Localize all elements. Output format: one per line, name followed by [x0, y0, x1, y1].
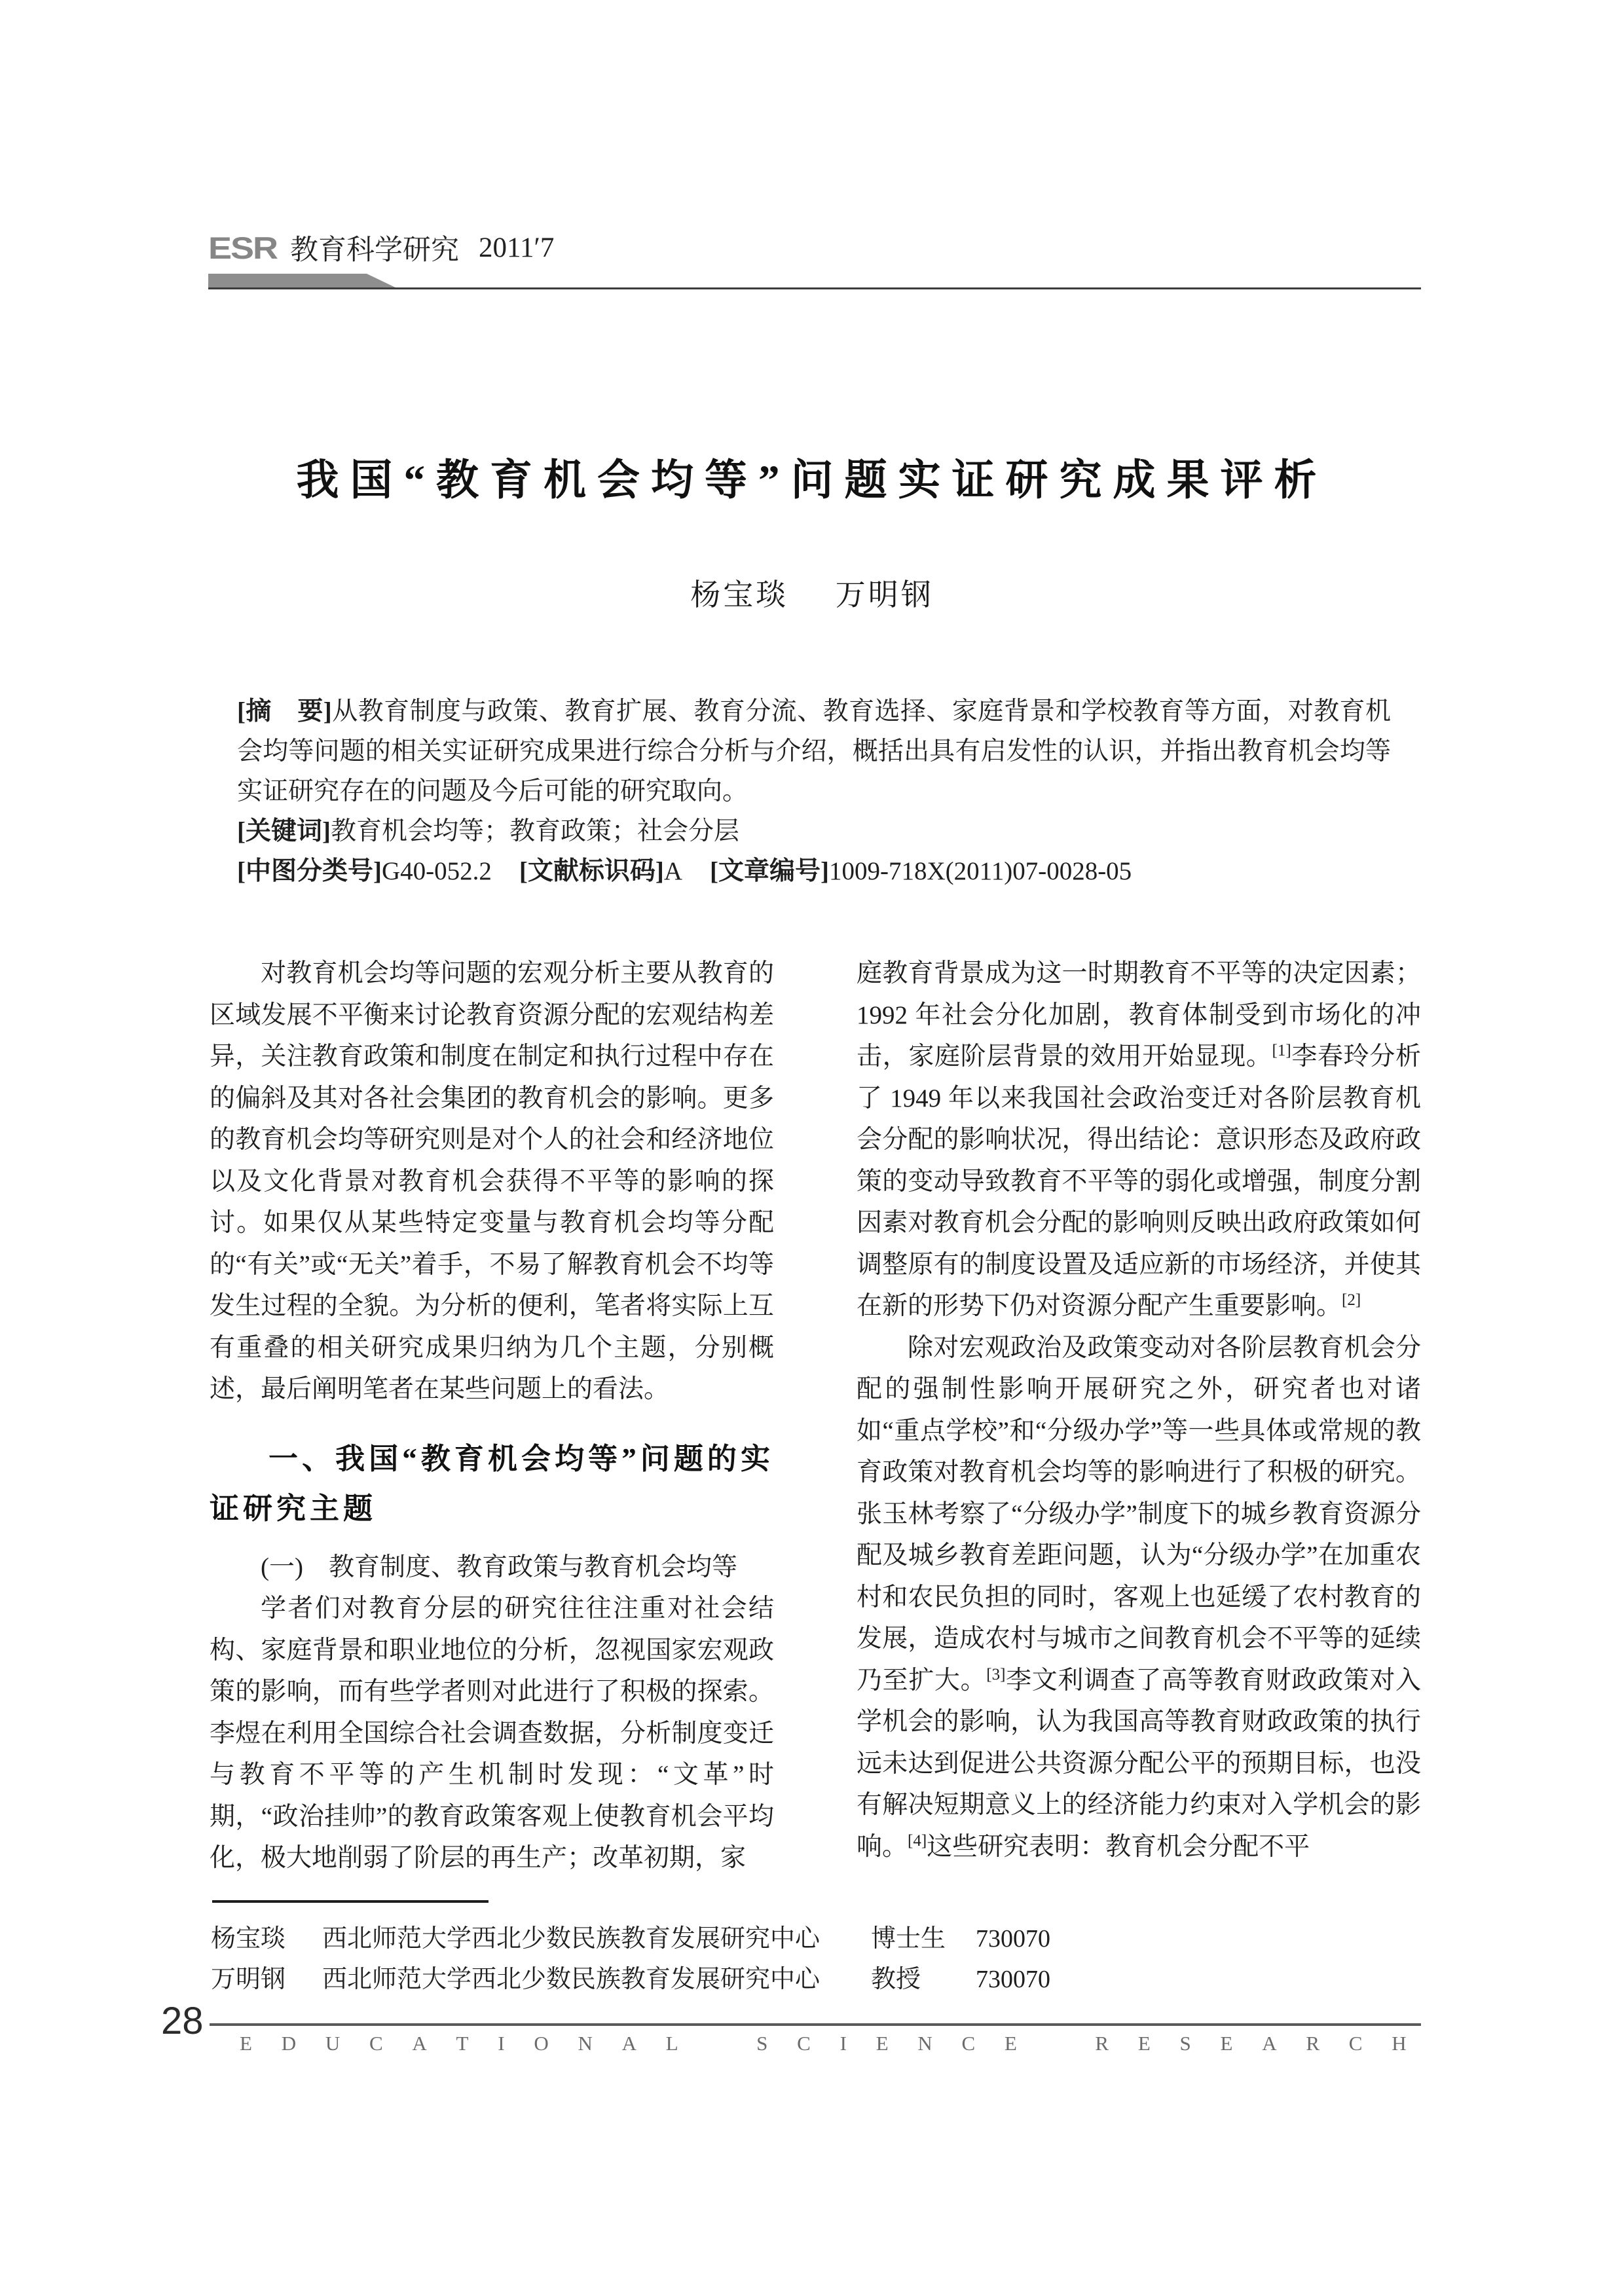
footer-letter: D — [282, 2031, 296, 2055]
body-paragraph: 除对宏观政治及政策变动对各阶层教育机会分配的强制性影响开展研究之外，研究者也对诸… — [857, 1327, 1421, 1868]
article-id-label: [文章编号] — [710, 857, 829, 885]
footnote-author-name: 万明钢 — [211, 1959, 322, 2000]
footnote-author-name: 杨宝琰 — [211, 1919, 322, 1959]
footer-letter: E — [240, 2031, 252, 2055]
body-column-right: 庭教育背景成为这一时期教育不平等的决定因素；1992 年社会分化加剧，教育体制受… — [857, 953, 1421, 1867]
footnote-rule — [212, 1900, 489, 1903]
footer-letter: A — [622, 2031, 637, 2055]
journal-logo-icon: ESR — [208, 232, 277, 264]
doc-code-label: [文献标识码] — [519, 857, 664, 885]
article-title: 我国“教育机会均等”问题实证研究成果评析 — [0, 445, 1624, 507]
footer-letter: A — [412, 2031, 426, 2055]
footer-letter: H — [1392, 2031, 1406, 2055]
footnote-role: 博士生 — [871, 1919, 976, 1959]
author-footnote: 杨宝琰 西北师范大学西北少数民族教育发展研究中心 博士生 730070 万明钢 … — [211, 1900, 1193, 2000]
citation-ref: [3] — [986, 1666, 1005, 1683]
sub-heading: (一) 教育制度、教育政策与教育机会均等 — [210, 1547, 774, 1588]
article-meta: [摘 要]从教育制度与政策、教育扩展、教育分流、教育选择、家庭背景和学校教育等方… — [237, 691, 1391, 891]
body-column-left: 对教育机会均等问题的宏观分析主要从教育的区域发展不平衡来讨论教育资源分配的宏观结… — [210, 953, 774, 1879]
footer-letter: R — [1095, 2031, 1109, 2055]
footer-letter: N — [917, 2031, 932, 2055]
footer-journal-name-en: EDUCATIONALSCIENCERESEARCH — [240, 2031, 1407, 2055]
body-paragraph: 学者们对教育分层的研究往往注重对社会结构、家庭背景和职业地位的分析，忽视国家宏观… — [210, 1588, 774, 1879]
footer-letter: E — [1138, 2031, 1151, 2055]
abstract-text: 从教育制度与政策、教育扩展、教育分流、教育选择、家庭背景和学校教育等方面，对教育… — [237, 697, 1391, 805]
authors-line: 杨宝琰 万明钢 — [0, 571, 1624, 614]
footer-letter: L — [666, 2031, 678, 2055]
keywords: [关键词]教育机会均等；教育政策；社会分层 — [237, 811, 1391, 851]
footer-letter: C — [962, 2031, 976, 2055]
footer-letter: T — [456, 2031, 469, 2055]
footer-letter: E — [1221, 2031, 1233, 2055]
footer-letter: O — [534, 2031, 548, 2055]
footer-letter: C — [369, 2031, 383, 2055]
header-rule — [208, 287, 1421, 289]
journal-page: ESR 教育科学研究 2011′7 我国“教育机会均等”问题实证研究成果评析 杨… — [0, 0, 1624, 2295]
footer-letter: E — [1005, 2031, 1017, 2055]
footer-letter: U — [325, 2031, 340, 2055]
citation-ref: [1] — [1272, 1042, 1291, 1059]
footer-letter: N — [578, 2031, 592, 2055]
footer-rule — [210, 2023, 1421, 2026]
abstract: [摘 要]从教育制度与政策、教育扩展、教育分流、教育选择、家庭背景和学校教育等方… — [237, 691, 1391, 811]
section-heading: 一、我国“教育机会均等”问题的实证研究主题 — [210, 1434, 774, 1533]
footnote-postcode: 730070 — [976, 1919, 1193, 1959]
footnote-row: 杨宝琰 西北师范大学西北少数民族教育发展研究中心 博士生 730070 — [211, 1919, 1193, 1959]
doc-code-value: A — [664, 857, 682, 885]
footnote-row: 万明钢 西北师范大学西北少数民族教育发展研究中心 教授 730070 — [211, 1959, 1193, 2000]
footer-letter: C — [1349, 2031, 1363, 2055]
footer-letter: I — [840, 2031, 847, 2055]
article-id-value: 1009-718X(2011)07-0028-05 — [829, 857, 1132, 885]
keywords-text: 教育机会均等；教育政策；社会分层 — [331, 817, 739, 845]
footer-letter: I — [498, 2031, 504, 2055]
footer-letter: R — [1306, 2031, 1319, 2055]
body-paragraph: 对教育机会均等问题的宏观分析主要从教育的区域发展不平衡来讨论教育资源分配的宏观结… — [210, 953, 774, 1410]
author-1: 杨宝琰 — [690, 578, 788, 612]
footnote-role: 教授 — [871, 1959, 976, 2000]
citation-ref: [2] — [1342, 1291, 1361, 1309]
footnote-postcode: 730070 — [976, 1959, 1193, 2000]
footnote-affiliation: 西北师范大学西北少数民族教育发展研究中心 — [322, 1959, 871, 2000]
footer-letter: S — [1180, 2031, 1191, 2055]
clc-value: G40-052.2 — [382, 857, 492, 885]
clc-line: [中图分类号]G40-052.2[文献标识码]A[文章编号]1009-718X(… — [237, 851, 1391, 891]
page-number: 28 — [161, 2002, 204, 2040]
clc-label: [中图分类号] — [237, 857, 382, 885]
journal-issue: 2011′7 — [479, 232, 554, 264]
abstract-label: [摘 要] — [237, 697, 332, 725]
footnote-affiliation: 西北师范大学西北少数民族教育发展研究中心 — [322, 1919, 871, 1959]
footer-letter: S — [756, 2031, 767, 2055]
keywords-label: [关键词] — [237, 817, 331, 845]
footer-letter: A — [1262, 2031, 1276, 2055]
citation-ref: [4] — [908, 1832, 927, 1850]
journal-header: ESR 教育科学研究 2011′7 — [208, 228, 554, 268]
body-paragraph: 庭教育背景成为这一时期教育不平等的决定因素；1992 年社会分化加剧，教育体制受… — [857, 953, 1421, 1327]
journal-name: 教育科学研究 — [290, 228, 459, 268]
footer-letter: C — [797, 2031, 811, 2055]
footer-letter: E — [876, 2031, 889, 2055]
author-2: 万明钢 — [836, 578, 934, 612]
